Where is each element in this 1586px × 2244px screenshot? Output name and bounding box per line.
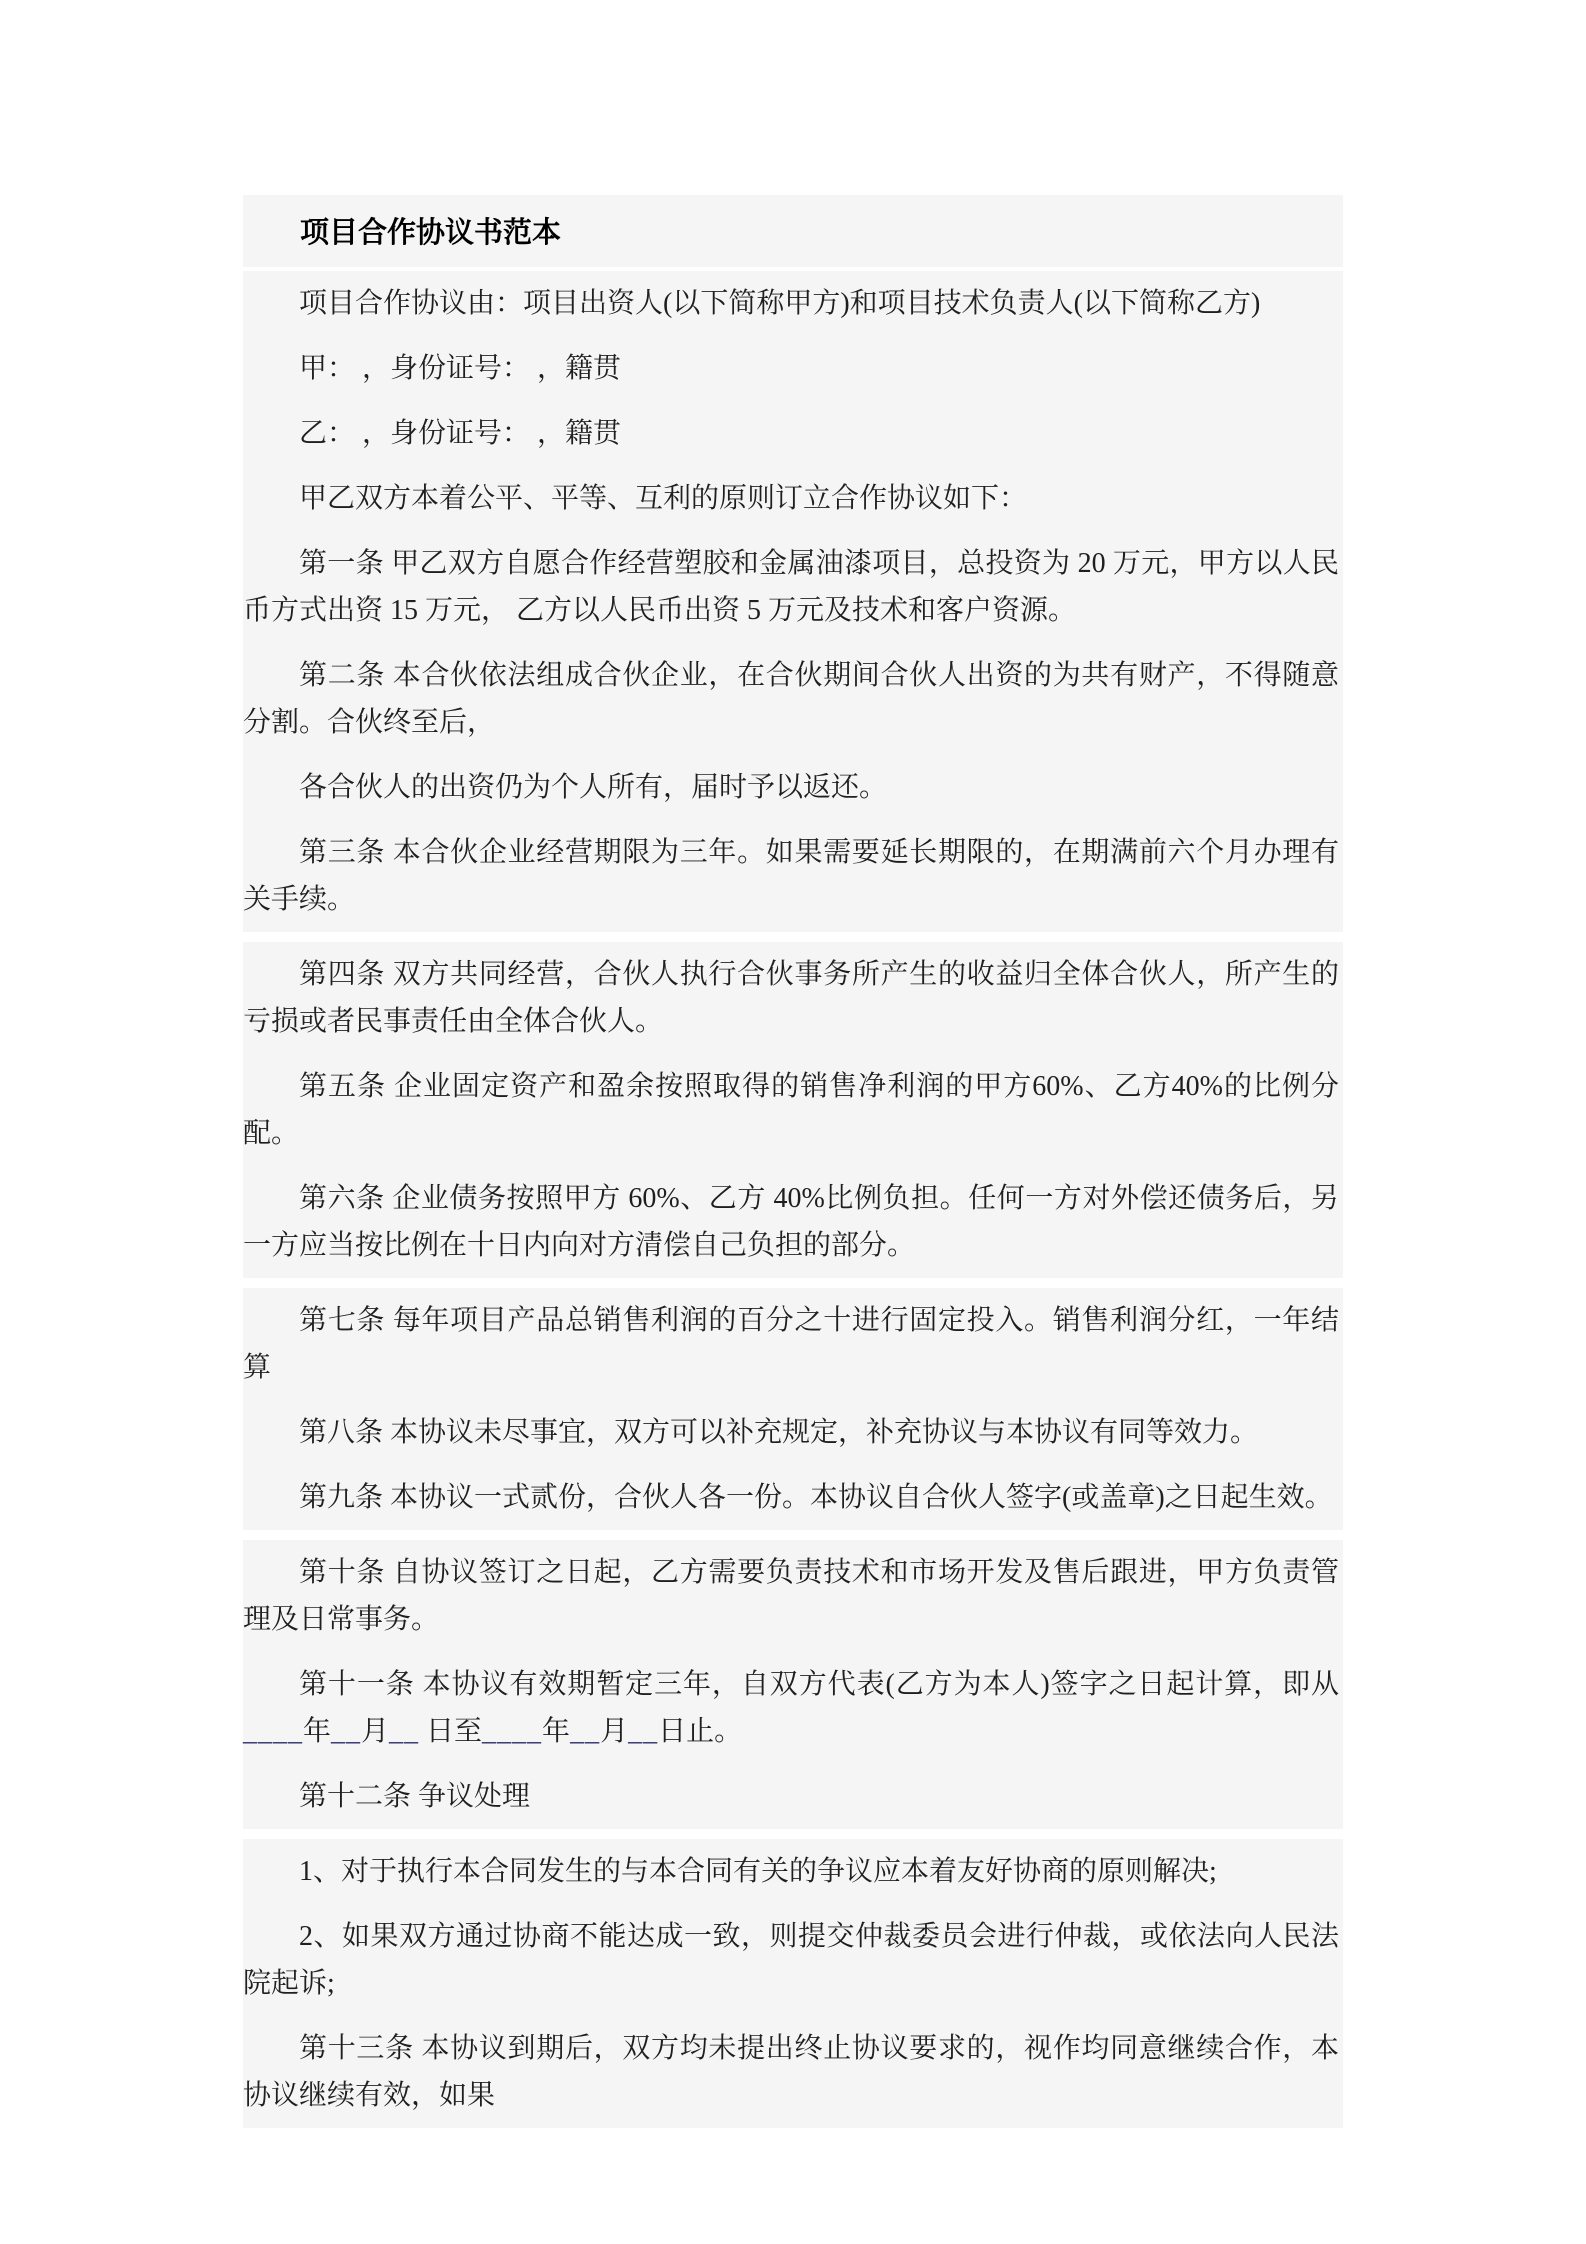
blank-underscore: __ [389,1716,419,1747]
paragraph: 第十三条 本协议到期后，双方均未提出终止协议要求的，视作均同意继续合作，本协议继… [243,2016,1343,2128]
paragraph: 第六条 企业债务按照甲方 60%、乙方 40%比例负担。任何一方对外偿还债务后，… [243,1166,1343,1278]
paragraph: 甲乙双方本着公平、平等、互利的原则订立合作协议如下： [243,466,1343,531]
paragraph: 第四条 双方共同经营，合伙人执行合伙事务所产生的收益归全体合伙人，所产生的亏损或… [243,932,1343,1054]
document-title: 项目合作协议书范本 [243,195,1343,271]
paragraph: 乙： ，身份证号： ，籍贯 [243,401,1343,466]
blank-underscore: __ [628,1716,658,1747]
document-page: 项目合作协议书范本 项目合作协议由：项目出资人(以下简称甲方)和项目技术负责人(… [0,0,1586,2244]
paragraph: 2、如果双方通过协商不能达成一致，则提交仲裁委员会进行仲裁，或依法向人民法院起诉… [243,1904,1343,2016]
paragraph: 第二条 本合伙依法组成合伙企业，在合伙期间合伙人出资的为共有财产，不得随意分割。… [243,643,1343,755]
paragraph: 甲： ，身份证号： ，籍贯 [243,336,1343,401]
blank-underscore: ____ [482,1716,542,1747]
paragraph: 第三条 本合伙企业经营期限为三年。如果需要延长期限的，在期满前六个月办理有关手续… [243,820,1343,932]
paragraph: 1、对于执行本合同发生的与本合同有关的争议应本着友好协商的原则解决; [243,1829,1343,1904]
paragraph: 各合伙人的出资仍为个人所有，届时予以返还。 [243,755,1343,820]
paragraph: 项目合作协议由：项目出资人(以下简称甲方)和项目技术负责人(以下简称乙方) [243,271,1343,336]
paragraph: 第十条 自协议签订之日起，乙方需要负责技术和市场开发及售后跟进，甲方负责管理及日… [243,1530,1343,1652]
paragraph: 第五条 企业固定资产和盈余按照取得的销售净利润的甲方60%、乙方40%的比例分配… [243,1054,1343,1166]
paragraphs: 项目合作协议由：项目出资人(以下简称甲方)和项目技术负责人(以下简称乙方)甲： … [243,271,1343,2128]
blank-underscore: ____ [243,1716,303,1747]
paragraph: 第九条 本协议一式贰份，合伙人各一份。本协议自合伙人签字(或盖章)之日起生效。 [243,1465,1343,1530]
paragraph: 第一条 甲乙双方自愿合作经营塑胶和金属油漆项目，总投资为 20 万元，甲方以人民… [243,531,1343,643]
paragraph: 第十二条 争议处理 [243,1764,1343,1829]
blank-underscore: __ [570,1716,600,1747]
blank-underscore: __ [331,1716,361,1747]
document-body: 项目合作协议书范本 项目合作协议由：项目出资人(以下简称甲方)和项目技术负责人(… [243,195,1343,2128]
paragraph: 第十一条 本协议有效期暂定三年，自双方代表(乙方为本人)签字之日起计算，即从__… [243,1652,1343,1764]
paragraph: 第八条 本协议未尽事宜，双方可以补充规定，补充协议与本协议有同等效力。 [243,1400,1343,1465]
paragraph: 第七条 每年项目产品总销售利润的百分之十进行固定投入。销售利润分红，一年结算 [243,1278,1343,1400]
